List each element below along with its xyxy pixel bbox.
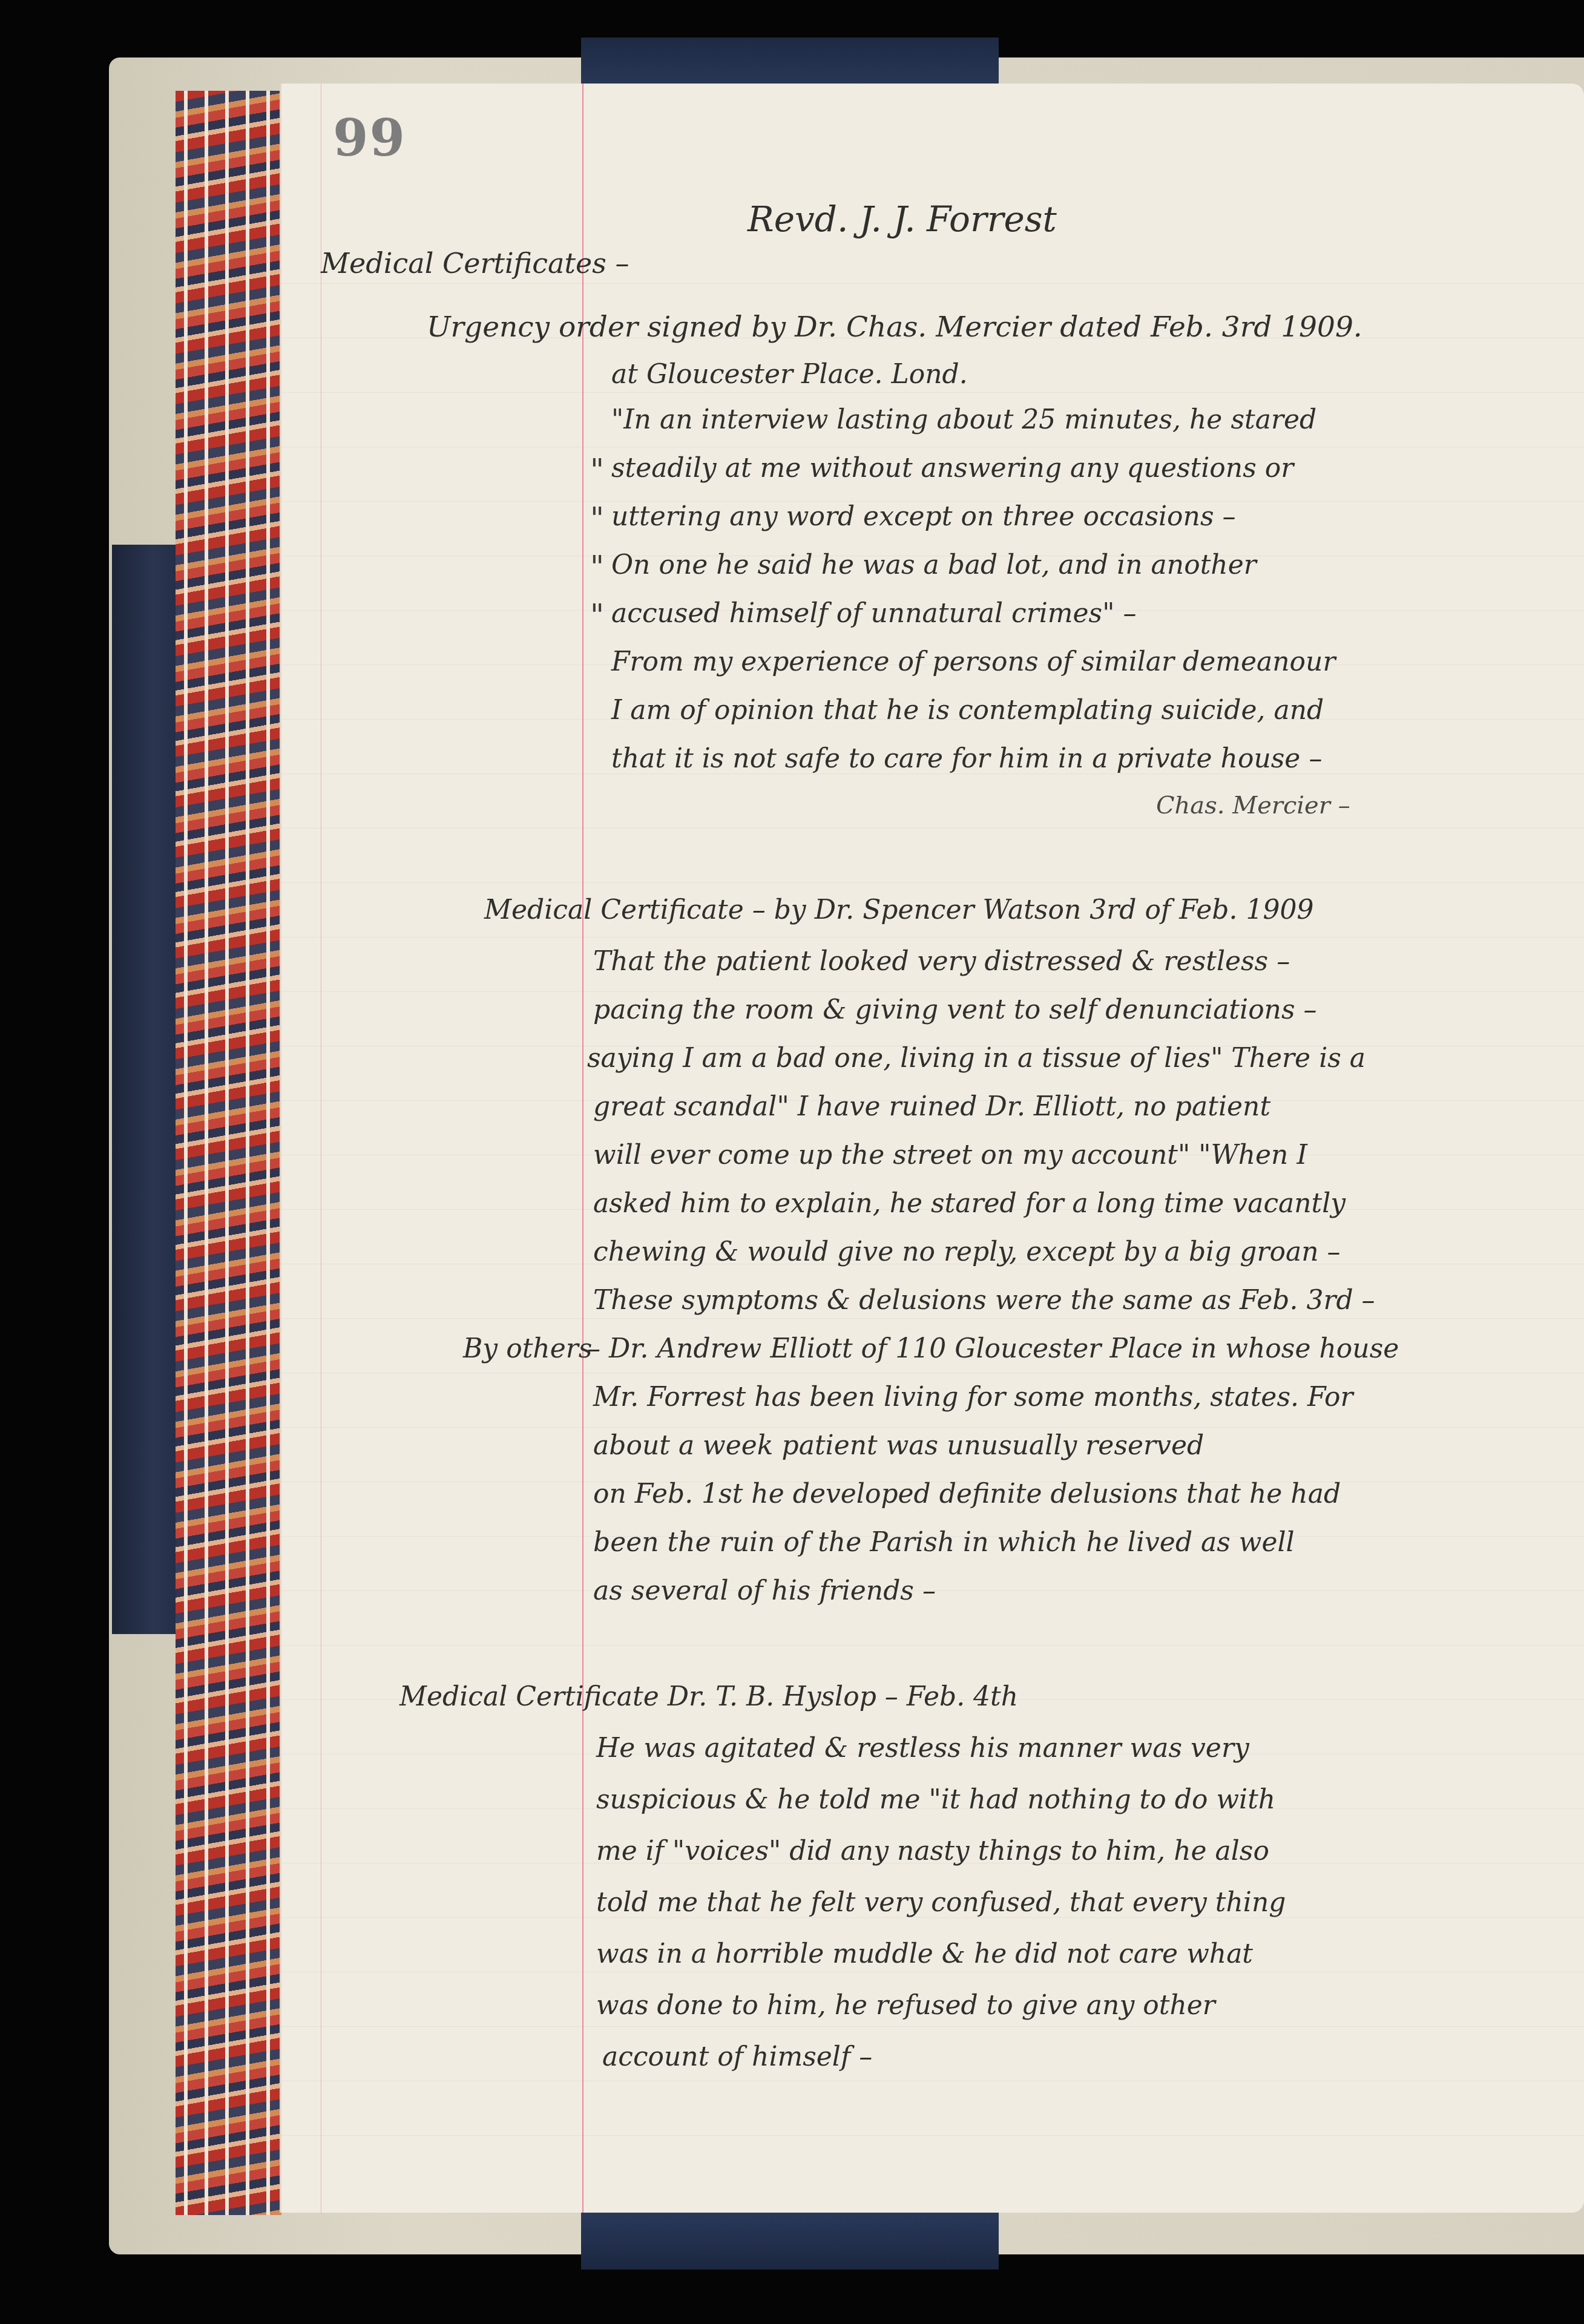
ruled-line xyxy=(281,1645,1584,1646)
signature-mercier: Chas. Mercier – xyxy=(1156,792,1350,819)
quote-line: uttering any word except on three occasi… xyxy=(611,501,1235,532)
others-line: – Dr. Andrew Elliott of 110 Gloucester P… xyxy=(587,1333,1399,1364)
ruled-line xyxy=(281,991,1584,992)
watson-line: pacing the room & giving vent to self de… xyxy=(593,994,1317,1025)
ruled-line xyxy=(281,2081,1584,2081)
watson-line: great scandal" I have ruined Dr. Elliott… xyxy=(593,1091,1270,1122)
watson-line: That the patient looked very distressed … xyxy=(593,946,1290,977)
ruled-line xyxy=(281,1373,1584,1373)
watson-line: saying I am a bad one, living in a tissu… xyxy=(587,1043,1365,1074)
hyslop-line: me if "voices" did any nasty things to h… xyxy=(596,1836,1269,1866)
urgency-address-line: at Gloucester Place. Lond. xyxy=(611,359,968,390)
hyslop-line: was in a horrible muddle & he did not ca… xyxy=(596,1938,1253,1969)
ruled-line xyxy=(281,828,1584,829)
others-line: Mr. Forrest has been living for some mon… xyxy=(593,1382,1353,1413)
watson-line: will ever come up the street on my accou… xyxy=(593,1140,1307,1170)
hyslop-line: He was agitated & restless his manner wa… xyxy=(596,1733,1249,1764)
others-line: on Feb. 1st he developed definite delusi… xyxy=(593,1479,1341,1509)
page-title: Revd. J. J. Forrest xyxy=(748,199,1057,240)
quote-mark: " xyxy=(590,550,604,585)
opinion-line: From my experience of persons of similar… xyxy=(611,646,1335,677)
ruled-line xyxy=(281,1318,1584,1319)
page-edge-rule xyxy=(321,84,321,2213)
watson-line: asked him to explain, he stared for a lo… xyxy=(593,1188,1346,1219)
opinion-line: I am of opinion that he is contemplating… xyxy=(611,695,1324,726)
quote-line: accused himself of unnatural crimes" – xyxy=(611,598,1136,629)
ruled-line xyxy=(281,1427,1584,1428)
red-margin-rule xyxy=(582,84,583,2213)
ruled-line xyxy=(281,2026,1584,2027)
quote-line: steadily at me without answering any que… xyxy=(611,453,1293,484)
opinion-line: that it is not safe to care for him in a… xyxy=(611,743,1322,774)
quote-mark: " xyxy=(590,501,604,536)
hyslop-line: suspicious & he told me "it had nothing … xyxy=(596,1784,1275,1815)
ruled-line xyxy=(281,2135,1584,2136)
cloth-spine-strip xyxy=(112,545,182,1634)
quote-line: "In an interview lasting about 25 minute… xyxy=(611,404,1316,435)
ruled-line xyxy=(281,447,1584,447)
watson-line: chewing & would give no reply, except by… xyxy=(593,1236,1341,1267)
marbled-page-edges xyxy=(176,91,281,2215)
ruled-line xyxy=(281,937,1584,937)
ruled-line xyxy=(281,392,1584,393)
quote-mark: " xyxy=(590,598,604,633)
ruled-line xyxy=(281,1972,1584,1972)
hyslop-line: was done to him, he refused to give any … xyxy=(596,1990,1215,2021)
quote-mark: " xyxy=(590,453,604,488)
section-heading: Medical Certificates – xyxy=(321,247,629,280)
others-line: as several of his friends – xyxy=(593,1575,936,1606)
hyslop-line: account of himself – xyxy=(602,2041,872,2072)
ruled-line xyxy=(281,882,1584,883)
cloth-ribbon-bottom xyxy=(581,2209,999,2270)
hyslop-certificate-header: Medical Certificate Dr. T. B. Hyslop – F… xyxy=(399,1681,1018,1712)
others-line: been the ruin of the Parish in which he … xyxy=(593,1527,1295,1558)
ledger-page: 99 Revd. J. J. Forrest Medical Certifica… xyxy=(281,84,1584,2213)
others-line: about a week patient was unusually reser… xyxy=(593,1430,1204,1461)
watson-line: These symptoms & delusions were the same… xyxy=(593,1285,1375,1316)
watson-certificate-header: Medical Certificate – by Dr. Spencer Wat… xyxy=(484,894,1313,925)
page-number: 99 xyxy=(333,108,406,168)
hyslop-line: told me that he felt very confused, that… xyxy=(596,1887,1286,1918)
ruled-line xyxy=(281,283,1584,284)
margin-label-by-others: By others xyxy=(463,1333,592,1364)
urgency-order-line: Urgency order signed by Dr. Chas. Mercie… xyxy=(427,310,1362,344)
quote-line: On one he said he was a bad lot, and in … xyxy=(611,550,1257,580)
